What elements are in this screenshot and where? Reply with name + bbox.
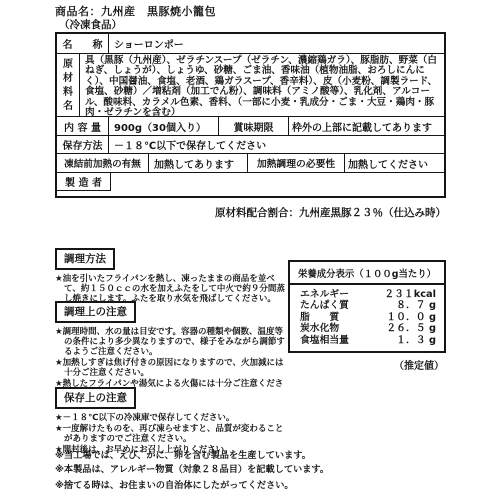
net-weight-value: 900g（30個入り）	[109, 117, 219, 135]
row-ingredients: 原 材 料 名 具（黒豚（九州産）、ゼラチンスープ（ゼラチン、濃縮鶏ガラ）、豚脂…	[57, 54, 444, 117]
cooking-caution-note: ★加熱しすぎは焦げ付きの原因になりますので、火加減には十分ご注意ください。	[55, 359, 291, 379]
cooking-caution-note: ★調理時間、水の量は目安です。容器の種類や個数、温度等の条件により多少異なります…	[55, 328, 291, 358]
nutrition-value: １．３ g	[396, 335, 436, 346]
storage-value: －１８℃以下で保存してください	[109, 136, 444, 153]
section-storage-caution: 保存上の注意 ★－１８℃以下の冷凍庫で保存してください。 ★一度解けたものを、再…	[55, 386, 291, 457]
ingredient-ratio-note: 原材料配合割合：九州産黒豚２３％（仕込み時）	[215, 205, 446, 220]
nutrition-heading: 栄養成分表示（１００g当たり）	[290, 262, 444, 285]
row-net-weight: 内 容 量 900g（30個入り） 賞味期限 枠外の上部に記載してあります	[57, 117, 444, 136]
food-label-sheet: 商品名：九州産 黒豚焼小籠包 （冷凍食品） 名 称 ショーロンポー 原 材 料 …	[0, 0, 498, 498]
nutrition-wrap: 栄養成分表示（１００g当たり） エネルギー ２３１kcal たんぱく質 ８．７ …	[288, 260, 446, 372]
nutrition-value: ２３１kcal	[384, 289, 436, 300]
nutrition-footnote: （推定値）	[288, 357, 446, 372]
net-weight-label: 内 容 量	[57, 117, 109, 135]
nutrition-table: 栄養成分表示（１００g当たり） エネルギー ２３１kcal たんぱく質 ８．７ …	[288, 260, 446, 353]
nutrition-row: 炭水化物 ２６．５ g	[300, 323, 436, 334]
nutrition-row: たんぱく質 ８．７ g	[300, 300, 436, 311]
nutrition-label: エネルギー	[300, 289, 349, 300]
name-label: 名 称	[57, 34, 109, 53]
factory-allergen-note: ※当工場では、えび、かに、卵を含む製品を生産しています。	[55, 449, 455, 463]
cook-necessity-value: 加熱してください	[345, 154, 444, 172]
name-value: ショーロンポー	[109, 34, 444, 53]
cooking-caution-heading: 調理上の注意	[55, 301, 136, 323]
nutrition-label: 脂 質	[300, 312, 339, 323]
expiry-value: 枠外の上部に記載してあります	[289, 117, 444, 135]
ingredients-label-char: 名	[63, 101, 73, 112]
ingredients-label-char: 料	[63, 87, 73, 98]
row-storage: 保存方法 －１８℃以下で保存してください	[57, 136, 444, 154]
nutrition-value: ２６．５ g	[386, 323, 436, 334]
nutrition-body: エネルギー ２３１kcal たんぱく質 ８．７ g 脂 質 １０．０ g 炭水化…	[290, 285, 444, 351]
preheat-value: 加熱してあります	[149, 154, 248, 172]
row-name: 名 称 ショーロンポー	[57, 34, 444, 54]
ingredients-value: 具（黒豚（九州産）、ゼラチンスープ（ゼラチン、濃縮鶏ガラ）、豚脂肪、野菜（白ねぎ…	[80, 54, 444, 116]
nutrition-value: １０．０ g	[386, 312, 436, 323]
preheat-label: 凍結前加熱の有無	[57, 154, 149, 172]
disposal-note: ※捨てる時は、お住まいの自治体にしたがってください。	[55, 479, 455, 493]
ingredients-label-char: 原	[63, 59, 73, 70]
section-cooking-method: 調理方法 ★油を引いたフライパンを熱し、凍ったままの商品を並べて、約１５０ｃｃの…	[55, 247, 291, 306]
nutrition-value: ８．７ g	[396, 300, 436, 311]
storage-label: 保存方法	[57, 136, 109, 153]
row-manufacturer: 製 造 者	[57, 173, 444, 196]
storage-caution-heading: 保存上の注意	[55, 387, 136, 409]
ingredients-label-char: 材	[63, 73, 73, 84]
cook-necessity-label: 加熱調理の必要性	[248, 154, 345, 172]
storage-caution-note: ★－１８℃以下の冷凍庫で保存してください。	[55, 414, 291, 424]
nutrition-row: エネルギー ２３１kcal	[300, 289, 436, 300]
nutrition-row: 食塩相当量 １．３ g	[300, 335, 436, 346]
storage-caution-note: ★一度解けたものを、再び凍らせますと、品質が変わることがありますのでご注意くださ…	[55, 425, 291, 445]
expiry-label: 賞味期限	[219, 117, 289, 135]
cooking-method-heading: 調理方法	[55, 248, 115, 270]
product-subtitle: （冷凍食品）	[59, 17, 122, 32]
row-preheat: 凍結前加熱の有無 加熱してあります 加熱調理の必要性 加熱してください	[57, 154, 444, 173]
nutrition-label: 炭水化物	[300, 323, 339, 334]
manufacturer-label: 製 造 者	[57, 173, 111, 191]
spec-table: 名 称 ショーロンポー 原 材 料 名 具（黒豚（九州産）、ゼラチンスープ（ゼラ…	[55, 32, 446, 198]
allergen-list-note: ※本製品は、アレルギー物質（対象２８品目）を記載しています。	[55, 463, 455, 477]
ingredients-label: 原 材 料 名	[57, 54, 80, 116]
nutrition-label: たんぱく質	[300, 300, 349, 311]
nutrition-row: 脂 質 １０．０ g	[300, 312, 436, 323]
bottom-notes: ※当工場では、えび、かに、卵を含む製品を生産しています。 ※本製品は、アレルギー…	[55, 449, 455, 493]
nutrition-label: 食塩相当量	[300, 335, 349, 346]
